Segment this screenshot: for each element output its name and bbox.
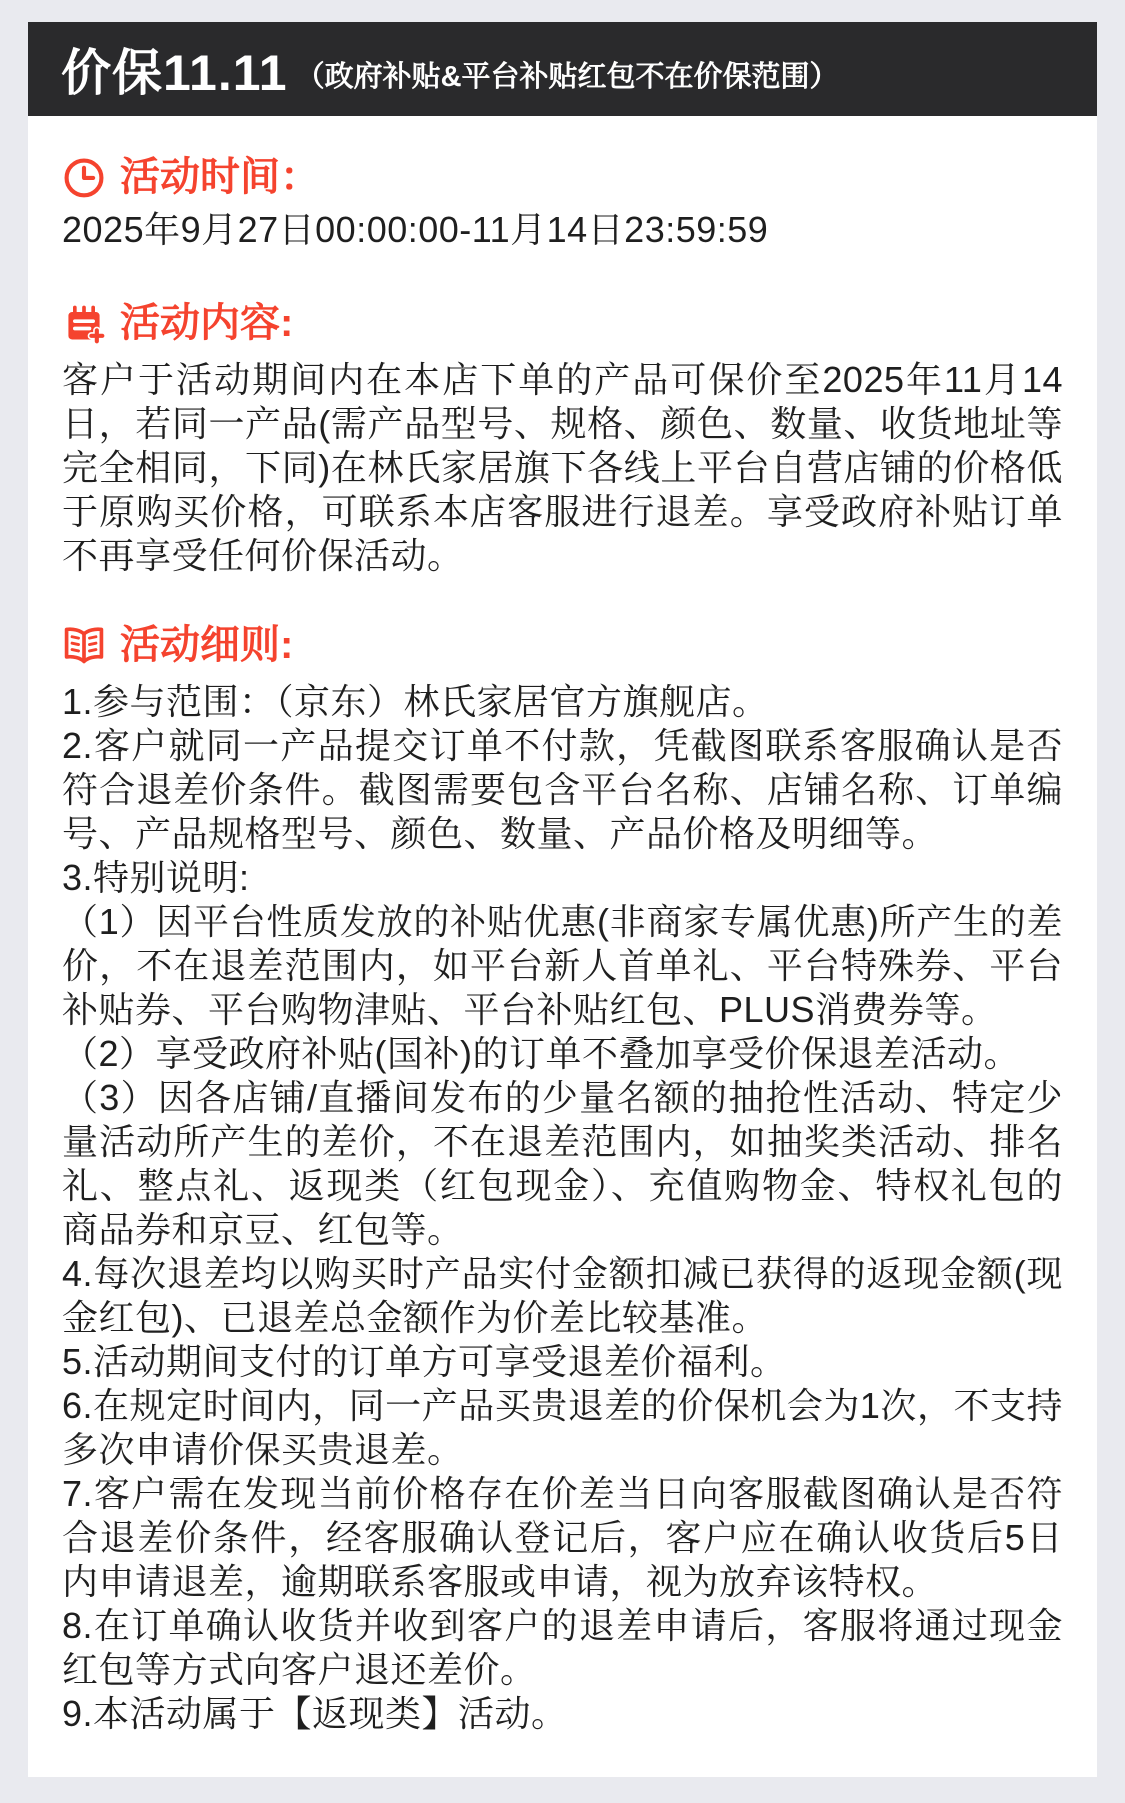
rule-item-5: 5.活动期间支付的订单方可享受退差价福利。 [62, 1340, 1063, 1384]
page-title: 价保11.11 [61, 33, 288, 105]
section-heading-rules: 活动细则: [62, 622, 1063, 668]
promo-page: { "colors": { "page_bg": "#E9EAEF", "hea… [0, 0, 1125, 1803]
content-heading-label: 活动内容: [120, 300, 293, 346]
activity-time-value: 2025年9月27日00:00:00-11月14日23:59:59 [62, 208, 1063, 252]
clock-icon [62, 155, 106, 199]
section-heading-content: 活动内容: [62, 300, 1063, 346]
rule-item-2: 2.客户就同一产品提交订单不付款，凭截图联系客服确认是否符合退差价条件。截图需要… [62, 724, 1063, 856]
rule-item-6: 6.在规定时间内，同一产品买贵退差的价保机会为1次，不支持多次申请价保买贵退差。 [62, 1384, 1063, 1472]
promo-content: 活动时间： 2025年9月27日00:00:00-11月14日23:59:59 … [28, 116, 1097, 1777]
rule-item-3-2: （2）享受政府补贴(国补)的订单不叠加享受价保退差活动。 [62, 1032, 1063, 1076]
rule-item-3: 3.特别说明: [62, 856, 1063, 900]
rule-item-9: 9.本活动属于【返现类】活动。 [62, 1692, 1063, 1736]
section-rules: 活动细则: 1.参与范围：（京东）林氏家居官方旗舰店。 2.客户就同一产品提交订… [62, 622, 1063, 1736]
rule-item-3-1: （1）因平台性质发放的补贴优惠(非商家专属优惠)所产生的差价，不在退差范围内，如… [62, 900, 1063, 1032]
rule-item-8: 8.在订单确认收货并收到客户的退差申请后，客服将通过现金红包等方式向客户退还差价… [62, 1604, 1063, 1692]
memo-plus-icon [62, 301, 106, 345]
rules-heading-label: 活动细则: [120, 622, 293, 668]
time-heading-label: 活动时间： [120, 154, 320, 200]
rule-item-1: 1.参与范围：（京东）林氏家居官方旗舰店。 [62, 680, 1063, 724]
header-bar: 价保11.11 （政府补贴&平台补贴红包不在价保范围） [28, 22, 1097, 116]
open-book-icon [62, 623, 106, 667]
rule-item-7: 7.客户需在发现当前价格存在价差当日向客服截图确认是否符合退差价条件，经客服确认… [62, 1472, 1063, 1604]
page-subtitle: （政府补贴&平台补贴红包不在价保范围） [296, 54, 839, 95]
section-content: 活动内容: 客户于活动期间内在本店下单的产品可保价至2025年11月14日，若同… [62, 300, 1063, 578]
rules-list: 1.参与范围：（京东）林氏家居官方旗舰店。 2.客户就同一产品提交订单不付款，凭… [62, 680, 1063, 1736]
rule-item-4: 4.每次退差均以购买时产品实付金额扣减已获得的返现金额(现金红包)、已退差总金额… [62, 1252, 1063, 1340]
rule-item-3-3: （3）因各店铺/直播间发布的少量名额的抽抢性活动、特定少量活动所产生的差价，不在… [62, 1076, 1063, 1252]
activity-content-paragraph: 客户于活动期间内在本店下单的产品可保价至2025年11月14日，若同一产品(需产… [62, 358, 1063, 578]
section-heading-time: 活动时间： [62, 154, 1063, 200]
promo-card: 价保11.11 （政府补贴&平台补贴红包不在价保范围） 活动时间： 2025年9… [28, 22, 1097, 1777]
